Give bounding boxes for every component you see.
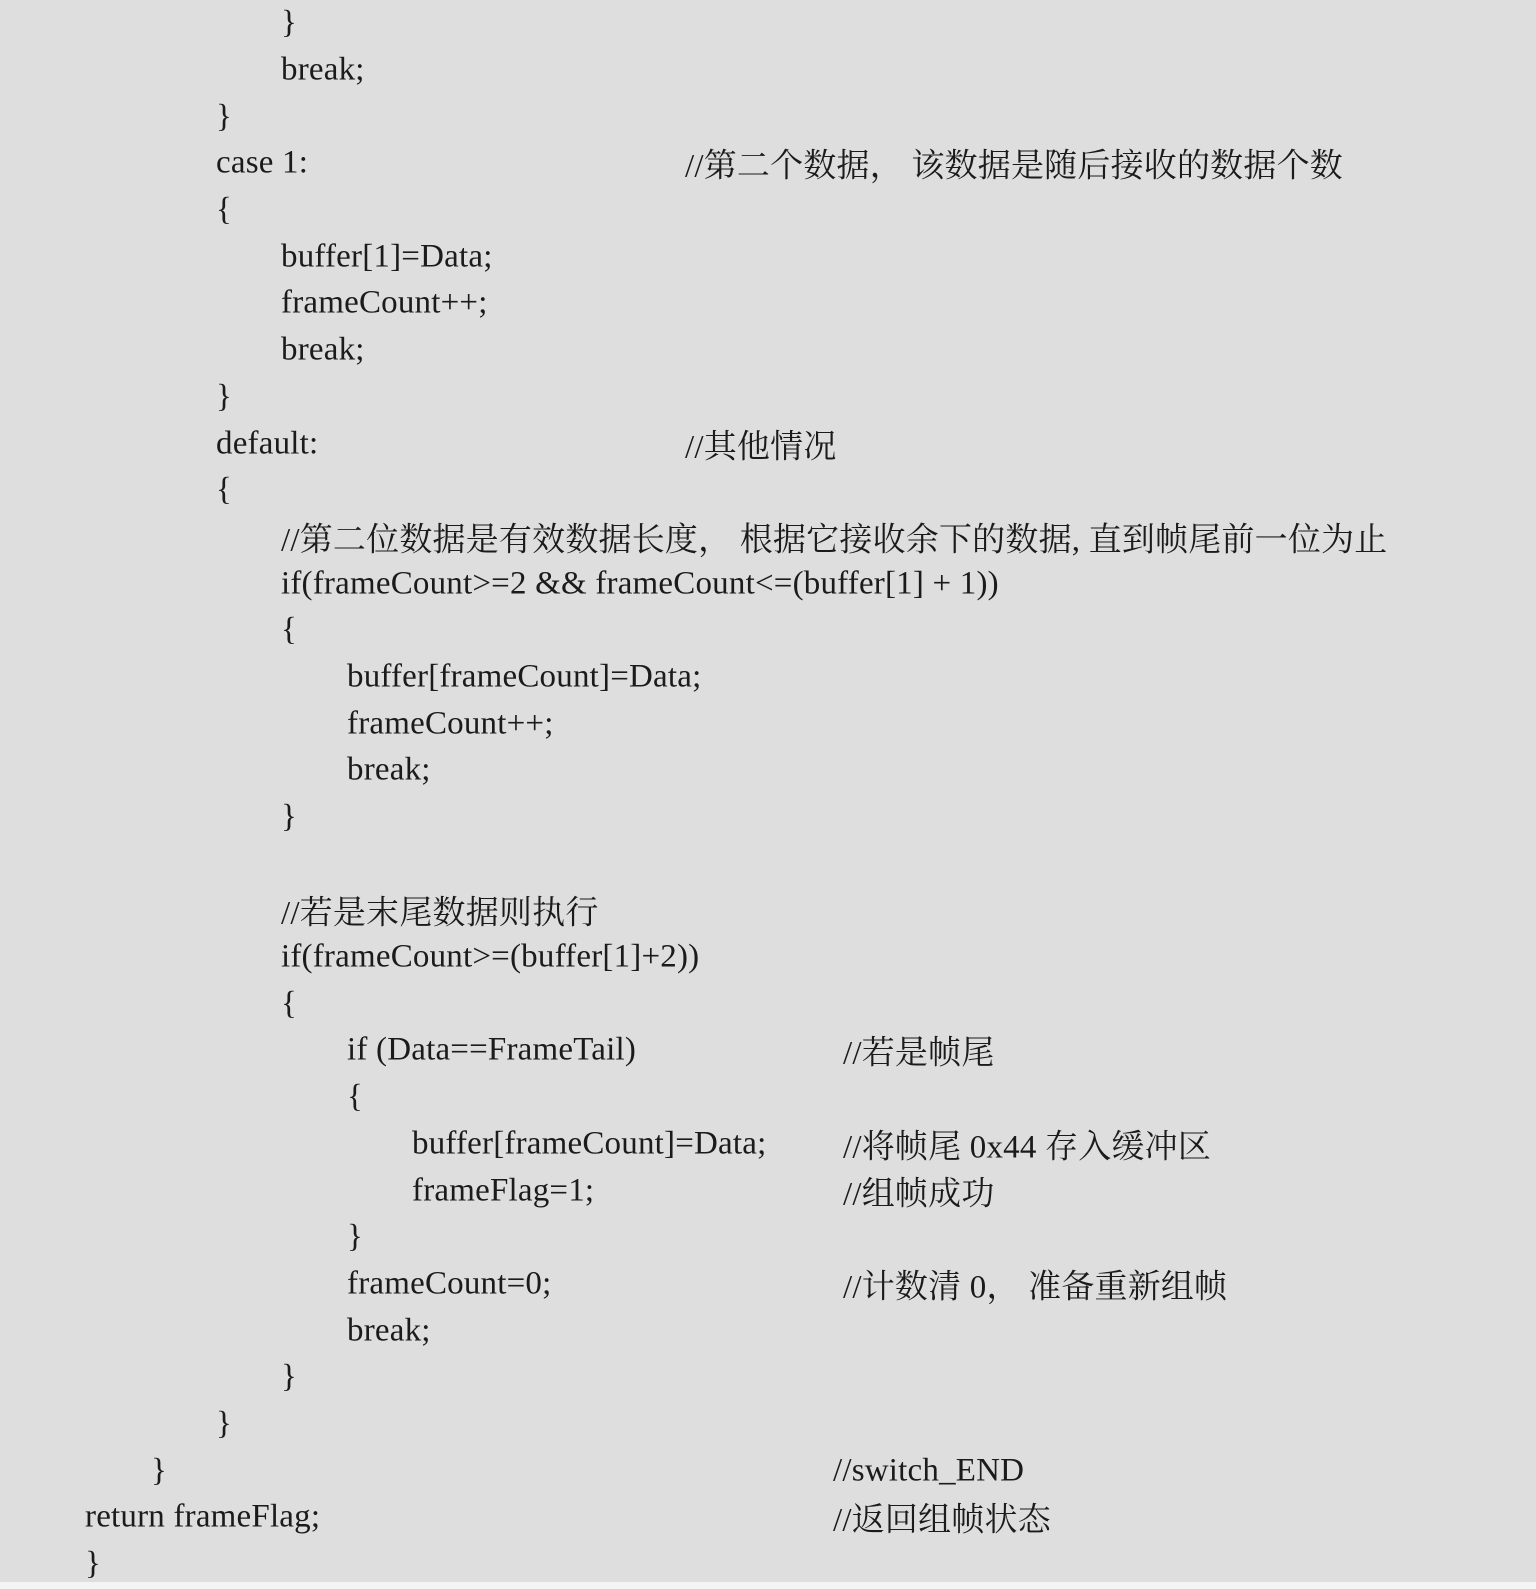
code-line: } (0, 1541, 1536, 1588)
code-line: { (0, 607, 1536, 654)
code-text: case 1: (216, 145, 308, 182)
code-text: break; (281, 332, 365, 369)
code-text: } (216, 378, 232, 415)
code-text: } (216, 98, 232, 135)
code-line: { (0, 187, 1536, 234)
code-text: frameCount++; (347, 705, 554, 742)
code-text: } (85, 1546, 101, 1583)
code-text: break; (347, 1312, 431, 1349)
comment-text: //switch_END (833, 1452, 1024, 1489)
code-text: } (281, 1359, 297, 1396)
code-line: if(frameCount>=(buffer[1]+2)) (0, 934, 1536, 981)
code-text: if(frameCount>=(buffer[1]+2)) (281, 939, 699, 976)
comment-text: //将帧尾 0x44 存入缓冲区 (843, 1120, 1211, 1167)
code-line: { (0, 980, 1536, 1027)
code-line: default://其他情况 (0, 420, 1536, 467)
code-line: { (0, 1074, 1536, 1121)
code-text: break; (281, 52, 365, 89)
code-line: frameCount++; (0, 700, 1536, 747)
comment-text: //若是帧尾 (843, 1027, 995, 1074)
comment-text: //返回组帧状态 (833, 1494, 1051, 1541)
code-line: } (0, 1214, 1536, 1261)
page-bottom-strip (0, 1582, 1536, 1589)
code-text: } (347, 1219, 363, 1256)
code-text: buffer[frameCount]=Data; (412, 1125, 767, 1162)
code-line: case 1://第二个数据， 该数据是随后接收的数据个数 (0, 140, 1536, 187)
code-line: //第二位数据是有效数据长度， 根据它接收余下的数据, 直到帧尾前一位为止 (0, 514, 1536, 561)
code-text: buffer[frameCount]=Data; (347, 658, 702, 695)
code-text: frameCount++; (281, 285, 488, 322)
code-line: break; (0, 747, 1536, 794)
code-line: break; (0, 47, 1536, 94)
code-line: }//switch_END (0, 1447, 1536, 1494)
code-line: } (0, 1401, 1536, 1448)
code-line: buffer[frameCount]=Data;//将帧尾 0x44 存入缓冲区 (0, 1121, 1536, 1168)
code-line: } (0, 1354, 1536, 1401)
code-text: { (281, 612, 297, 649)
code-text: } (151, 1452, 167, 1489)
code-text: break; (347, 752, 431, 789)
comment-text: //计数清 0， 准备重新组帧 (843, 1260, 1227, 1307)
code-line: //若是末尾数据则执行 (0, 887, 1536, 934)
code-line: frameCount++; (0, 280, 1536, 327)
comment-text: //其他情况 (685, 420, 837, 467)
code-text: default: (216, 425, 318, 462)
comment-text: //第二个数据， 该数据是随后接收的数据个数 (685, 140, 1343, 187)
code-line: break; (0, 327, 1536, 374)
code-text: frameCount=0; (347, 1265, 552, 1302)
code-text: return frameFlag; (85, 1499, 320, 1536)
code-text: if(frameCount>=2 && frameCount<=(buffer[… (281, 565, 999, 602)
code-text: //若是末尾数据则执行 (281, 887, 599, 934)
code-listing: }break;}case 1://第二个数据， 该数据是随后接收的数据个数{bu… (0, 0, 1536, 1589)
code-text: if (Data==FrameTail) (347, 1032, 636, 1069)
code-line: } (0, 0, 1536, 47)
code-line (0, 840, 1536, 887)
code-text: } (281, 799, 297, 836)
code-text: frameFlag=1; (412, 1172, 594, 1209)
code-line: } (0, 794, 1536, 841)
code-text: } (216, 1405, 232, 1442)
code-listing-page: }break;}case 1://第二个数据， 该数据是随后接收的数据个数{bu… (0, 0, 1536, 1589)
code-text: { (216, 472, 232, 509)
code-line: if (Data==FrameTail)//若是帧尾 (0, 1027, 1536, 1074)
code-text: } (281, 5, 297, 42)
code-text: buffer[1]=Data; (281, 238, 493, 275)
code-line: buffer[1]=Data; (0, 233, 1536, 280)
code-line: return frameFlag;//返回组帧状态 (0, 1494, 1536, 1541)
comment-text: //组帧成功 (843, 1167, 995, 1214)
code-text: { (347, 1079, 363, 1116)
code-line: if(frameCount>=2 && frameCount<=(buffer[… (0, 560, 1536, 607)
code-line: } (0, 374, 1536, 421)
code-line: frameCount=0;//计数清 0， 准备重新组帧 (0, 1261, 1536, 1308)
code-text: { (216, 192, 232, 229)
code-text: { (281, 985, 297, 1022)
code-line: frameFlag=1;//组帧成功 (0, 1167, 1536, 1214)
code-line: } (0, 93, 1536, 140)
code-line: buffer[frameCount]=Data; (0, 654, 1536, 701)
code-line: { (0, 467, 1536, 514)
code-text: //第二位数据是有效数据长度， 根据它接收余下的数据, 直到帧尾前一位为止 (281, 513, 1388, 560)
code-line: break; (0, 1307, 1536, 1354)
